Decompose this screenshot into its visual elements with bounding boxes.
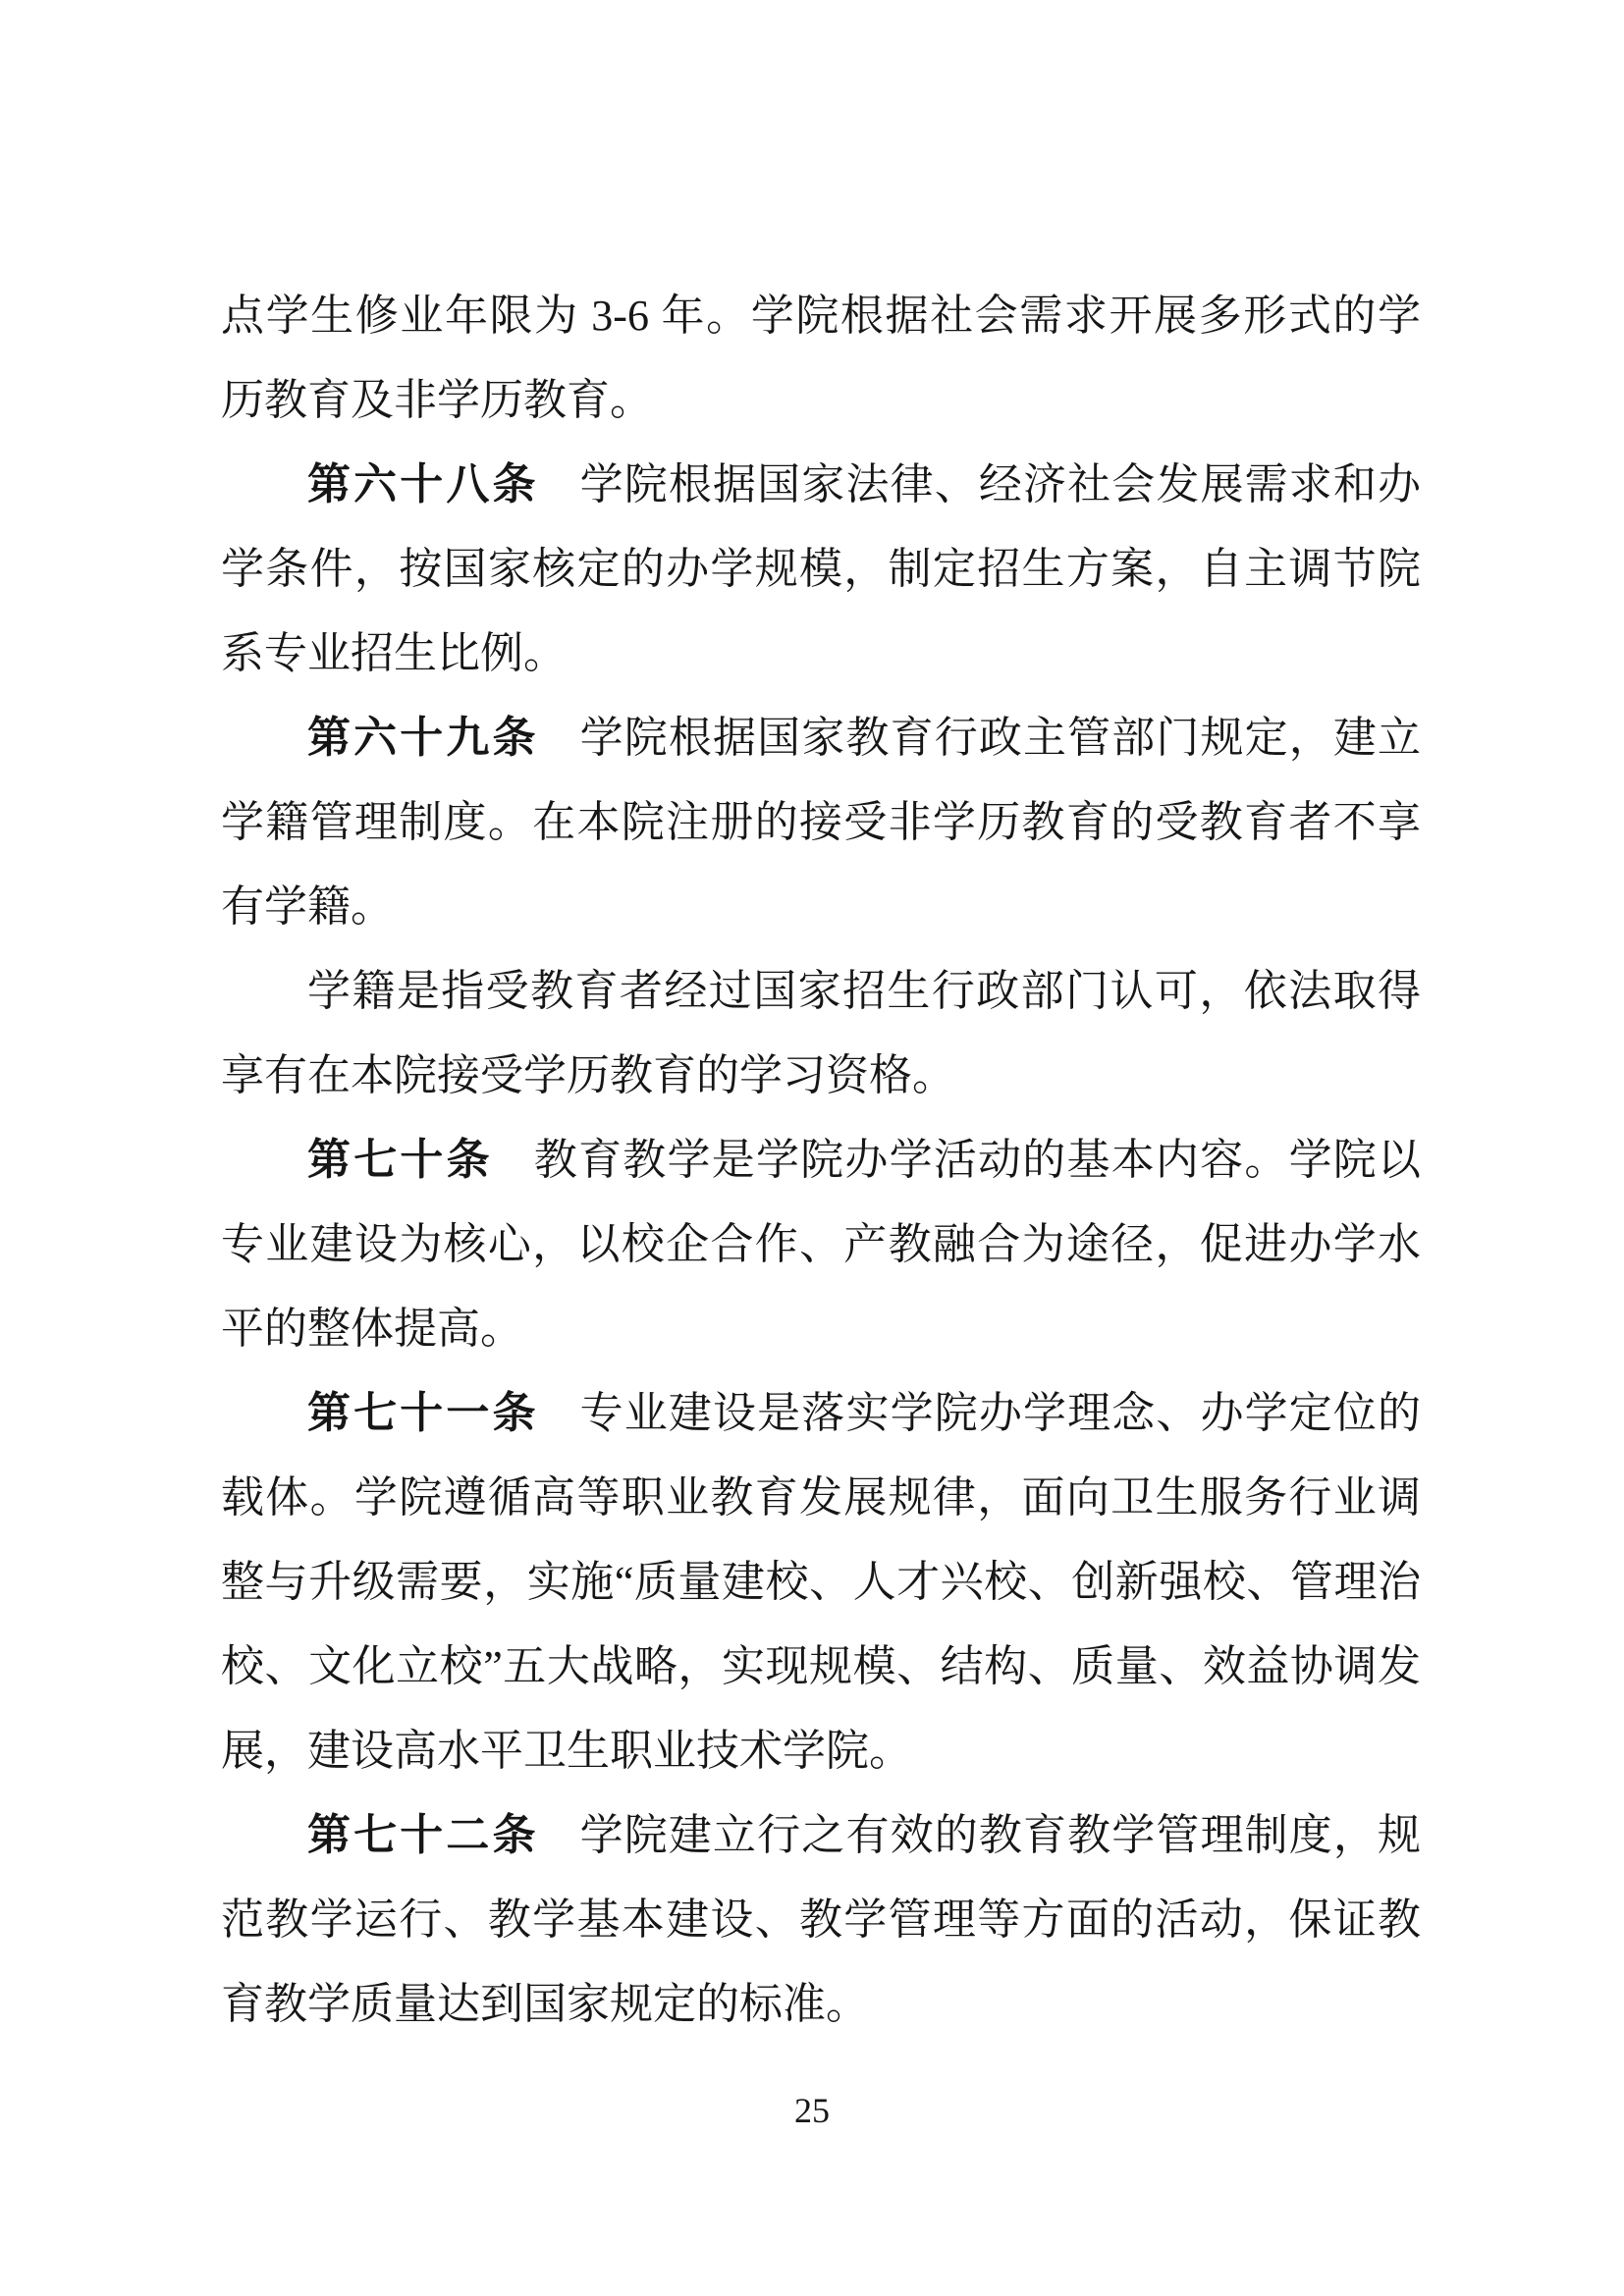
paragraph: 第六十八条学院根据国家法律、经济社会发展需求和办学条件，按国家核定的办学规模，制… <box>221 443 1421 696</box>
document-page: 点学生修业年限为 3-6 年。学院根据社会需求开展多形式的学历教育及非学历教育。… <box>0 0 1624 2296</box>
paragraph-text: 点学生修业年限为 3-6 年。学院根据社会需求开展多形式的学历教育及非学历教育。 <box>221 292 1421 424</box>
paragraph-text: 专业建设是落实学院办学理念、办学定位的载体。学院遵循高等职业教育发展规律，面向卫… <box>221 1389 1421 1775</box>
paragraph-text: 学籍是指受教育者经过国家招生行政部门认可，依法取得享有在本院接受学历教育的学习资… <box>221 967 1421 1099</box>
paragraph: 第六十九条学院根据国家教育行政主管部门规定，建立学籍管理制度。在本院注册的接受非… <box>221 696 1421 949</box>
article-number-heading: 第七十一条 <box>307 1389 539 1437</box>
paragraph: 第七十二条学院建立行之有效的教育教学管理制度，规范教学运行、教学基本建设、教学管… <box>221 1793 1421 2047</box>
paragraph: 第七十条教育教学是学院办学活动的基本内容。学院以专业建设为核心，以校企合作、产教… <box>221 1118 1421 1371</box>
article-number-heading: 第七十二条 <box>307 1811 539 1859</box>
article-number-heading: 第七十条 <box>307 1136 493 1184</box>
paragraph: 第七十一条专业建设是落实学院办学理念、办学定位的载体。学院遵循高等职业教育发展规… <box>221 1371 1421 1793</box>
paragraph: 点学生修业年限为 3-6 年。学院根据社会需求开展多形式的学历教育及非学历教育。 <box>221 274 1421 443</box>
document-body: 点学生修业年限为 3-6 年。学院根据社会需求开展多形式的学历教育及非学历教育。… <box>221 274 1421 2047</box>
article-number-heading: 第六十九条 <box>307 714 539 762</box>
paragraph: 学籍是指受教育者经过国家招生行政部门认可，依法取得享有在本院接受学历教育的学习资… <box>221 949 1421 1118</box>
page-number: 25 <box>0 2089 1624 2132</box>
article-number-heading: 第六十八条 <box>307 460 539 508</box>
